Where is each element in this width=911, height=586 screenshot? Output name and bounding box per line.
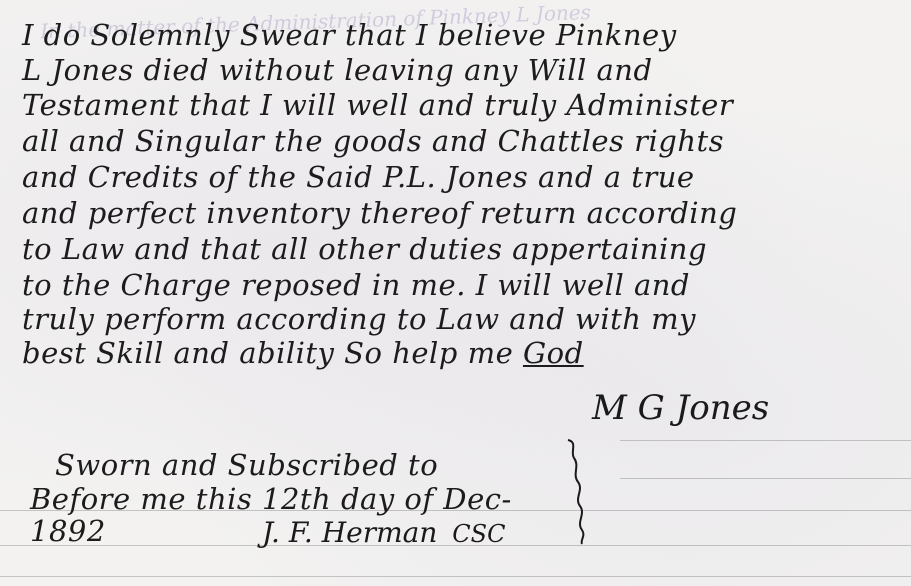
officer-title: CSC xyxy=(452,520,505,548)
oath-line-10: best Skill and ability So help me God xyxy=(22,336,584,370)
oath-line-7: to Law and that all other duties apperta… xyxy=(22,232,707,266)
officer-name: J. F. Herman xyxy=(262,516,437,549)
oath-line-8: to the Charge reposed in me. I will well… xyxy=(22,268,690,302)
scanned-document-page: In the matter of the Administration of P… xyxy=(0,0,911,586)
ruled-line xyxy=(0,576,911,577)
closing-word-god: God xyxy=(523,336,584,370)
ruled-line xyxy=(620,440,911,441)
curly-brace-icon xyxy=(560,436,600,546)
oath-line-9: truly perform according to Law and with … xyxy=(22,302,696,336)
affiant-signature: M G Jones xyxy=(592,388,769,428)
ruled-line xyxy=(620,478,911,479)
oath-line-3: Testament that I will well and truly Adm… xyxy=(22,88,733,122)
jurat-line-1: Sworn and Subscribed to xyxy=(55,448,438,482)
oath-line-10-text: best Skill and ability So help me xyxy=(22,336,513,370)
oath-line-4: all and Singular the goods and Chattles … xyxy=(22,124,724,158)
oath-line-6: and perfect inventory thereof return acc… xyxy=(22,196,737,230)
jurat-line-2: Before me this 12th day of Dec- xyxy=(30,482,512,516)
officer-signature: J. F. Herman CSC xyxy=(262,516,505,549)
jurat-year: 1892 xyxy=(30,514,106,548)
oath-line-2: L Jones died without leaving any Will an… xyxy=(22,53,653,87)
oath-line-5: and Credits of the Said P.L. Jones and a… xyxy=(22,160,695,194)
oath-line-1: I do Solemnly Swear that I believe Pinkn… xyxy=(22,18,677,52)
